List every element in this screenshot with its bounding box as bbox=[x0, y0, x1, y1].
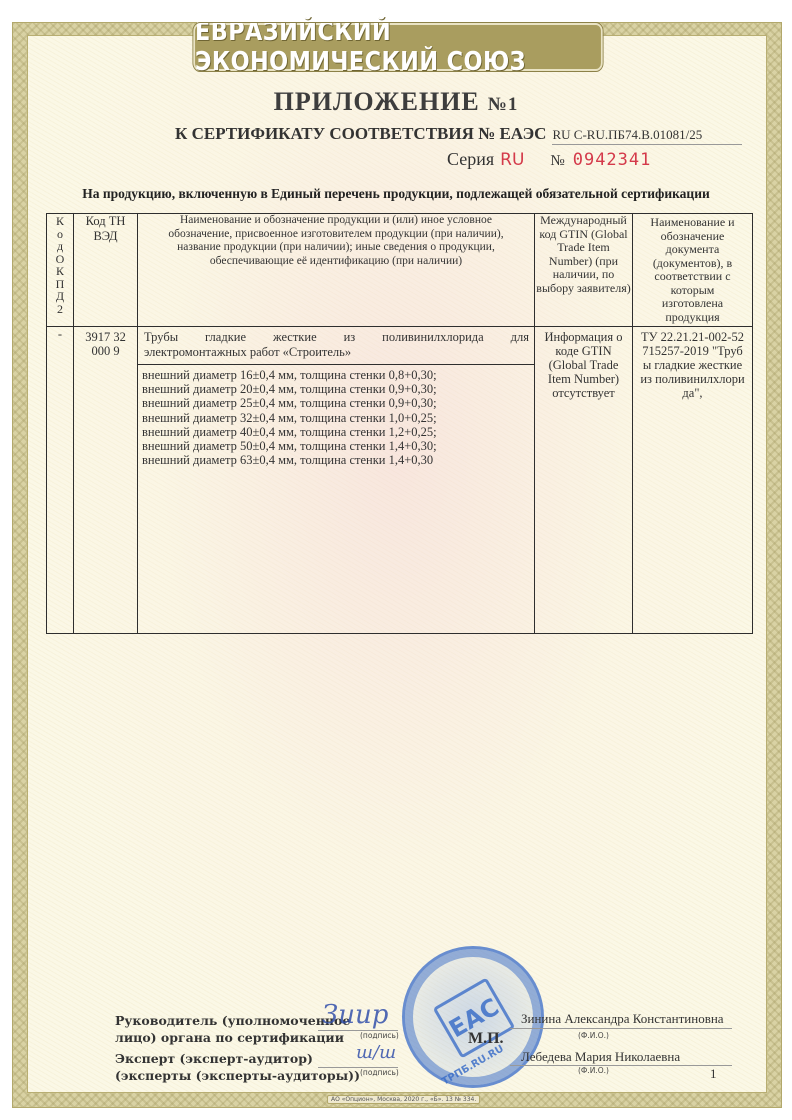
head-signature-caption: (подпись) bbox=[360, 1031, 399, 1040]
head-name: Зинина Александра Константиновна bbox=[521, 1011, 724, 1027]
seal-label: М.П. bbox=[468, 1030, 504, 1048]
page-title: ПРИЛОЖЕНИЕ№1 bbox=[0, 87, 792, 117]
certificate-reference: К СЕРТИФИКАТУ СООТВЕТСТВИЯ № ЕАЭСRU C-RU… bbox=[175, 124, 742, 145]
okpd2-letter: Д bbox=[47, 290, 73, 303]
spec-line: внешний диаметр 25±0,4 мм, толщина стенк… bbox=[142, 396, 530, 410]
spec-line: внешний диаметр 16±0,4 мм, толщина стенк… bbox=[142, 368, 530, 382]
certificate-number: RU C-RU.ПБ74.В.01081/25 bbox=[552, 127, 742, 145]
header-document: Наименование и обозначение документа (до… bbox=[633, 214, 753, 327]
series-value: RU bbox=[500, 150, 524, 170]
subtitle: На продукцию, включенную в Единый перече… bbox=[0, 186, 792, 202]
header-tn-ved: Код ТН ВЭД bbox=[74, 214, 138, 327]
series-label: Серия bbox=[447, 149, 494, 169]
cell-gtin: Информация о коде GTIN (Global Trade Ite… bbox=[535, 327, 633, 634]
cell-okpd2: - bbox=[47, 327, 74, 634]
okpd2-letter: К bbox=[47, 215, 73, 228]
spec-line: внешний диаметр 50±0,4 мм, толщина стенк… bbox=[142, 439, 530, 453]
product-name: Трубы гладкие жесткие из поливинилхлорид… bbox=[138, 327, 534, 365]
okpd2-vertical-label: КодОКПД2 bbox=[47, 215, 73, 315]
head-label-line1: Руководитель (уполномоченное bbox=[115, 1012, 350, 1029]
cell-product: Трубы гладкие жесткие из поливинилхлорид… bbox=[138, 327, 535, 634]
head-label-line2: лицо) органа по сертификации bbox=[115, 1029, 350, 1046]
number-label: № bbox=[550, 153, 564, 169]
spec-line: внешний диаметр 20±0,4 мм, толщина стенк… bbox=[142, 382, 530, 396]
okpd2-letter: д bbox=[47, 240, 73, 253]
title-number: №1 bbox=[488, 94, 519, 115]
head-signature: Зuup bbox=[322, 1000, 388, 1030]
expert-name-line bbox=[510, 1065, 732, 1066]
page-number: 1 bbox=[710, 1066, 717, 1082]
head-name-line bbox=[510, 1028, 732, 1029]
form-number: 0942341 bbox=[573, 150, 652, 170]
cell-tn-ved: 3917 32 000 9 bbox=[74, 327, 138, 634]
expert-name: Лебедева Мария Николаевна bbox=[521, 1049, 680, 1065]
okpd2-letter: 2 bbox=[47, 303, 73, 316]
expert-signature: ш/ш bbox=[356, 1042, 396, 1063]
expert-label-line2: (эксперты (эксперты-аудиторы)) bbox=[115, 1067, 360, 1084]
spec-line: внешний диаметр 40±0,4 мм, толщина стенк… bbox=[142, 425, 530, 439]
product-name-line2: электромонтажных работ «Строитель» bbox=[144, 345, 351, 359]
head-label: Руководитель (уполномоченное лицо) орган… bbox=[115, 1012, 350, 1046]
expert-label-line1: Эксперт (эксперт-аудитор) bbox=[115, 1050, 360, 1067]
expert-fio-caption: (Ф.И.О.) bbox=[578, 1066, 609, 1075]
head-fio-caption: (Ф.И.О.) bbox=[578, 1031, 609, 1040]
spec-line: внешний диаметр 63±0,4 мм, толщина стенк… bbox=[142, 453, 530, 467]
okpd2-letter: К bbox=[47, 265, 73, 278]
header-okpd2: КодОКПД2 bbox=[47, 214, 74, 327]
product-specs: внешний диаметр 16±0,4 мм, толщина стенк… bbox=[138, 365, 534, 470]
union-banner: ЕВРАЗИЙСКИЙ ЭКОНОМИЧЕСКИЙ СОЮЗ bbox=[193, 23, 602, 71]
product-name-line1: Трубы гладкие жесткие из поливинилхлорид… bbox=[144, 330, 529, 345]
spec-line: внешний диаметр 32±0,4 мм, толщина стенк… bbox=[142, 411, 530, 425]
header-product-name: Наименование и обозначение продукции и (… bbox=[138, 214, 535, 327]
table-row: - 3917 32 000 9 Трубы гладкие жесткие из… bbox=[47, 327, 753, 634]
printer-imprint: АО «Опцион», Москва, 2020 г., «Б». 13 № … bbox=[327, 1095, 480, 1104]
series-line: СерияRU№0942341 bbox=[447, 149, 651, 170]
cell-document: ТУ 22.21.21-002-52715257-2019 "Трубы гла… bbox=[633, 327, 753, 634]
certificate-label: К СЕРТИФИКАТУ СООТВЕТСТВИЯ № ЕАЭС bbox=[175, 124, 546, 143]
table-header-row: КодОКПД2 Код ТН ВЭД Наименование и обозн… bbox=[47, 214, 753, 327]
title-text: ПРИЛОЖЕНИЕ bbox=[274, 87, 480, 116]
products-table: КодОКПД2 Код ТН ВЭД Наименование и обозн… bbox=[46, 213, 753, 634]
header-gtin: Международный код GTIN (Global Trade Ite… bbox=[535, 214, 633, 327]
expert-signature-caption: (подпись) bbox=[360, 1068, 399, 1077]
